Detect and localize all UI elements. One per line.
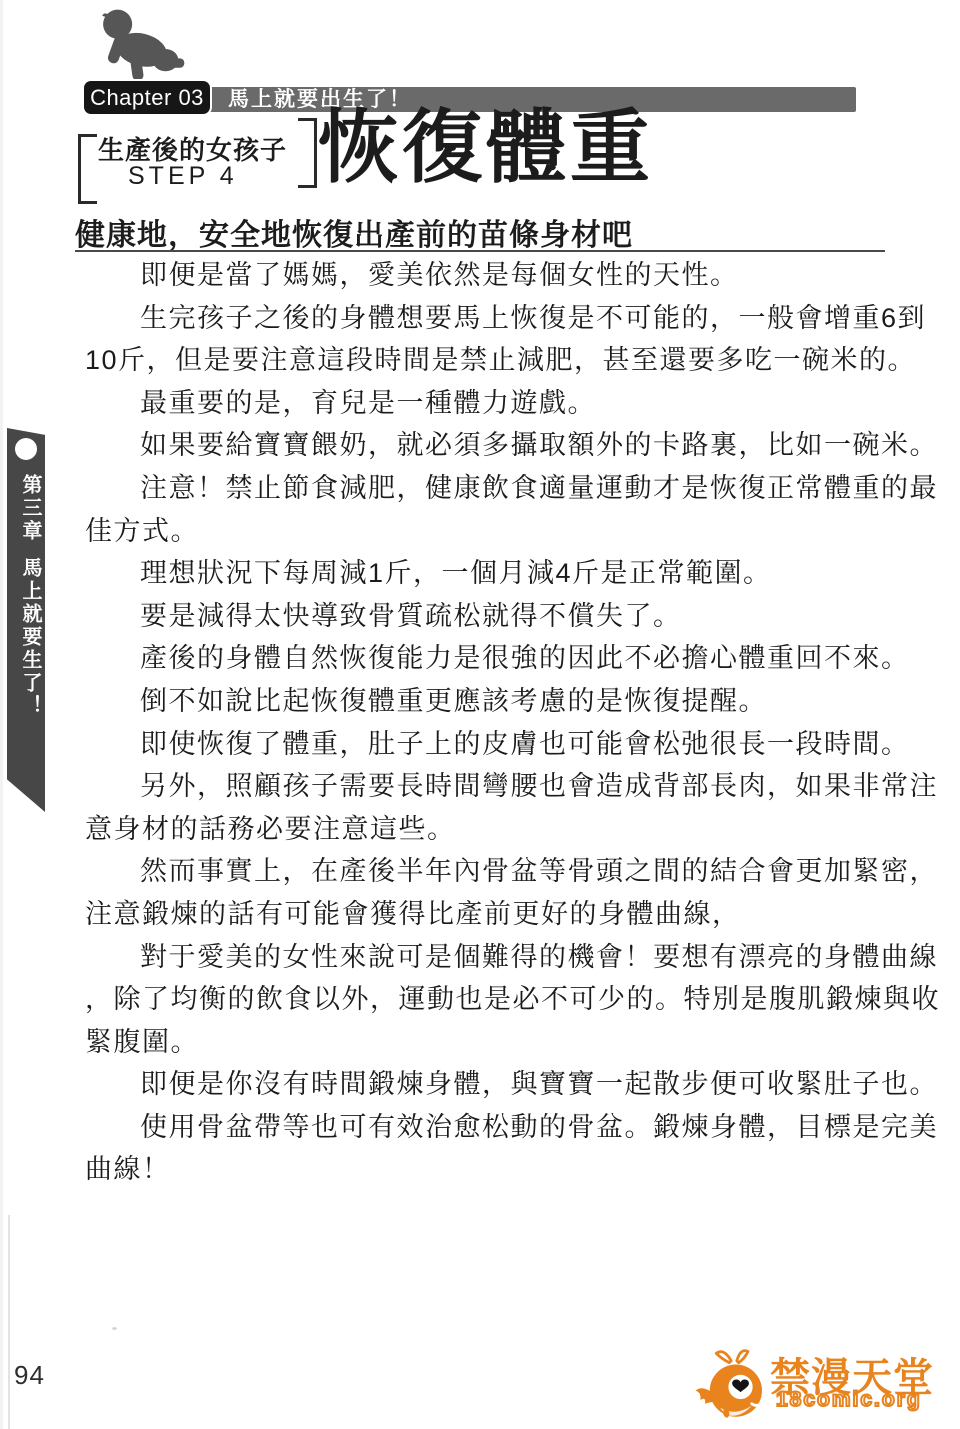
body-line: 理想狀況下每周減1斤，一個月減4斤是正常範圍。 bbox=[85, 552, 885, 595]
body-line: 要是減得太快導致骨質疏松就得不償失了。 bbox=[85, 595, 885, 638]
body-line: 生完孩子之後的身體想要馬上恢復是不可能的，一般會增重6到 bbox=[85, 297, 885, 340]
watermark-logo: 禁漫天堂 18comic.org bbox=[692, 1338, 932, 1426]
body-line: 最重要的是，育兒是一種體力遊戲。 bbox=[85, 382, 885, 425]
side-tab-dot-icon bbox=[15, 438, 37, 460]
left-bracket-mark bbox=[78, 134, 97, 204]
side-tab-title: 馬上就要生了！ bbox=[19, 557, 41, 718]
body-line: 即便是當了媽媽，愛美依然是每個女性的天性。 bbox=[85, 254, 885, 297]
whale-mascot-icon bbox=[692, 1344, 776, 1428]
body-line: 佳方式。 bbox=[85, 510, 885, 553]
side-tab-text: 第三章馬上就要生了！ bbox=[7, 474, 45, 794]
body-line: 曲線！ bbox=[85, 1148, 885, 1191]
body-line: 另外，照顧孩子需要長時間彎腰也會造成背部長肉，如果非常注 bbox=[85, 765, 885, 808]
chapter-badge: Chapter 03 bbox=[84, 81, 210, 114]
body-line: 即便是你沒有時間鍛煉身體，與寶寶一起散步便可收緊肚子也。 bbox=[85, 1063, 885, 1106]
watermark-site-text: 18comic.org bbox=[776, 1388, 922, 1412]
body-text: 即便是當了媽媽，愛美依然是每個女性的天性。生完孩子之後的身體想要馬上恢復是不可能… bbox=[85, 254, 885, 1191]
book-page: Chapter 03 馬上就要出生了！ 生產後的女孩子 STEP 4 恢復體重 … bbox=[0, 0, 960, 1429]
page-number: 94 bbox=[14, 1360, 45, 1391]
body-line: 注意鍛煉的話有可能會獲得比產前更好的身體曲線， bbox=[85, 893, 885, 936]
body-line: 意身材的話務必要注意這些。 bbox=[85, 808, 885, 851]
scan-speck-artifact bbox=[112, 1327, 117, 1330]
chapter-label: Chapter 03 bbox=[90, 85, 204, 111]
body-line: 即使恢復了體重，肚子上的皮膚也可能會松弛很長一段時間。 bbox=[85, 723, 885, 766]
scan-line-artifact bbox=[8, 1215, 10, 1429]
subtitle-underline bbox=[75, 250, 885, 252]
body-line: 對于愛美的女性來說可是個難得的機會！要想有漂亮的身體曲線 bbox=[85, 936, 885, 979]
side-tab-chapter: 第三章 bbox=[19, 474, 41, 543]
scan-edge-artifact bbox=[0, 0, 3, 1429]
body-line: 倒不如說比起恢復體重更應該考慮的是恢復提醒。 bbox=[85, 680, 885, 723]
body-line: 注意！禁止節食減肥，健康飲食適量運動才是恢復正常體重的最 bbox=[85, 467, 885, 510]
step-number: STEP 4 bbox=[128, 162, 238, 191]
body-line: 產後的身體自然恢復能力是很強的因此不必擔心體重回不來。 bbox=[85, 637, 885, 680]
chapter-side-tab: 第三章馬上就要生了！ bbox=[7, 428, 45, 812]
right-bracket-mark bbox=[298, 118, 317, 188]
body-line: 使用骨盆帶等也可有效治愈松動的骨盆。鍛煉身體，目標是完美 bbox=[85, 1106, 885, 1149]
body-line: 然而事實上，在產後半年內骨盆等骨頭之間的結合會更加緊密， bbox=[85, 850, 885, 893]
body-line: 如果要給寶寶餵奶，就必須多攝取額外的卡路裏，比如一碗米。 bbox=[85, 424, 885, 467]
body-line: 10斤，但是要注意這段時間是禁止減肥，甚至還要多吃一碗米的。 bbox=[85, 339, 885, 382]
body-line: 緊腹圍。 bbox=[85, 1021, 885, 1064]
page-title: 恢復體重 bbox=[318, 108, 654, 188]
section-subtitle: 健康地，安全地恢復出產前的苗條身材吧 bbox=[75, 210, 633, 254]
crawling-baby-icon bbox=[92, 4, 186, 88]
body-line: ，除了均衡的飲食以外，運動也是必不可少的。特別是腹肌鍛煉與收 bbox=[85, 978, 885, 1021]
